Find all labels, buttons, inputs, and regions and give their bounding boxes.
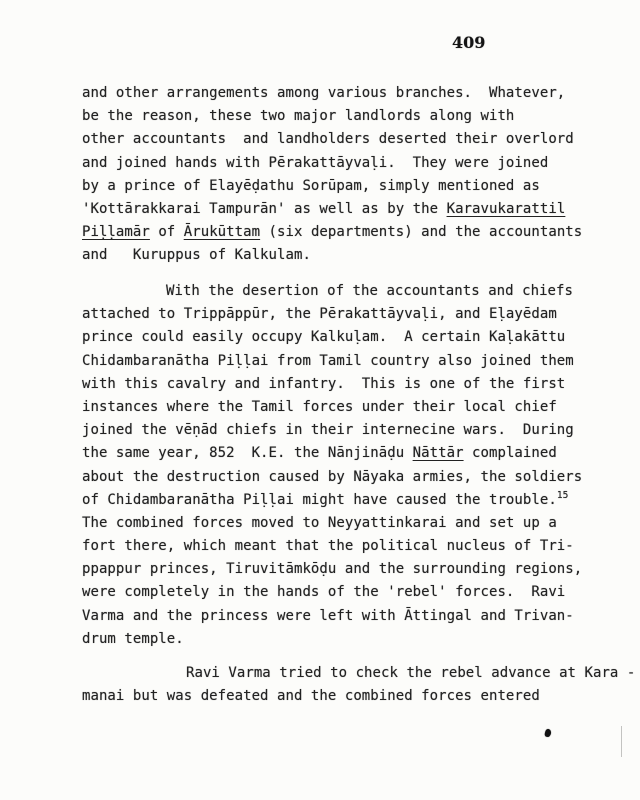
text-line: attached to Trippāppūr, the Pērakattāyva… <box>82 303 582 326</box>
text-line: were completely in the hands of the 'reb… <box>82 581 582 604</box>
text-segment: instances where the Tamil forces under t… <box>82 399 557 415</box>
text-segment: other accountants and landholders desert… <box>82 131 574 147</box>
text-line: 'Kottārakkarai Tampurān' as well as by t… <box>82 198 582 221</box>
text-segment: be the reason, these two major landlords… <box>82 108 514 124</box>
text-segment: Ravi Varma tried to check the rebel adva… <box>186 665 635 681</box>
text-line: joined the vēṇād chiefs in their interne… <box>82 419 582 442</box>
text-line: the same year, 852 K.E. the Nānjināḍu Nā… <box>82 442 582 465</box>
text-segment: of Chidambaranātha Piḷḷai might have cau… <box>82 492 557 508</box>
text-line: With the desertion of the accountants an… <box>82 280 582 303</box>
paragraph: Ravi Varma tried to check the rebel adva… <box>82 662 635 708</box>
text-segment: by a prince of Elayēḍathu Sorūpam, simpl… <box>82 178 540 194</box>
text-line: by a prince of Elayēḍathu Sorūpam, simpl… <box>82 175 582 198</box>
text-line: and other arrangements among various bra… <box>82 82 582 105</box>
text-line: ppappur princes, Tiruvitāmkōḍu and the s… <box>82 558 582 581</box>
text-line: Ravi Varma tried to check the rebel adva… <box>82 662 635 685</box>
text-segment: ppappur princes, Tiruvitāmkōḍu and the s… <box>82 561 582 577</box>
text-line: of Chidambaranātha Piḷḷai might have cau… <box>82 489 582 512</box>
text-segment: (six departments) and the accountants <box>260 224 582 240</box>
text-line: instances where the Tamil forces under t… <box>82 396 582 419</box>
underlined-term: Karavukarattil <box>447 201 566 217</box>
text-line: The combined forces moved to Neyyattinka… <box>82 512 582 535</box>
text-line: fort there, which meant that the politic… <box>82 535 582 558</box>
text-body: and other arrangements among various bra… <box>0 0 640 800</box>
document-page: 409 and other arrangements among various… <box>0 0 640 800</box>
text-segment: Varma and the princess were left with Āt… <box>82 608 574 624</box>
text-segment: prince could easily occupy Kalkuḷam. A c… <box>82 329 565 345</box>
footnote-reference: 15 <box>557 490 569 501</box>
text-line: other accountants and landholders desert… <box>82 128 582 151</box>
text-segment: and Kuruppus of Kalkulam. <box>82 247 311 263</box>
text-segment: of <box>150 224 184 240</box>
text-segment: the same year, 852 K.E. the Nānjināḍu <box>82 445 413 461</box>
text-line: Chidambaranātha Piḷḷai from Tamil countr… <box>82 350 582 373</box>
text-line: manai but was defeated and the combined … <box>82 685 635 708</box>
text-line: drum temple. <box>82 628 582 651</box>
text-segment: attached to Trippāppūr, the Pērakattāyva… <box>82 306 557 322</box>
text-line: be the reason, these two major landlords… <box>82 105 582 128</box>
text-segment: joined the vēṇād chiefs in their interne… <box>82 422 574 438</box>
text-line: Varma and the princess were left with Āt… <box>82 605 582 628</box>
text-segment: about the destruction caused by Nāyaka a… <box>82 469 582 485</box>
scan-edge-artifact <box>621 726 622 757</box>
text-segment: and joined hands with Pērakattāyvaḷi. Th… <box>82 155 548 171</box>
text-line: about the destruction caused by Nāyaka a… <box>82 466 582 489</box>
text-segment: The combined forces moved to Neyyattinka… <box>82 515 557 531</box>
text-segment: with this cavalry and infantry. This is … <box>82 376 565 392</box>
text-segment: With the desertion of the accountants an… <box>166 283 573 299</box>
text-segment: fort there, which meant that the politic… <box>82 538 574 554</box>
text-line: prince could easily occupy Kalkuḷam. A c… <box>82 326 582 349</box>
paragraph: With the desertion of the accountants an… <box>82 280 582 651</box>
underlined-term: Nāttār <box>413 445 464 461</box>
text-line: and joined hands with Pērakattāyvaḷi. Th… <box>82 152 582 175</box>
text-segment: were completely in the hands of the 'reb… <box>82 584 565 600</box>
text-segment: manai but was defeated and the combined … <box>82 688 540 704</box>
underlined-term: Piḷḷamār <box>82 224 150 240</box>
text-line: Piḷḷamār of Ārukūttam (six departments) … <box>82 221 582 244</box>
text-segment: complained <box>464 445 557 461</box>
text-segment: drum temple. <box>82 631 184 647</box>
paragraph: and other arrangements among various bra… <box>82 82 582 268</box>
text-line: and Kuruppus of Kalkulam. <box>82 244 582 267</box>
text-segment: 'Kottārakkarai Tampurān' as well as by t… <box>82 201 447 217</box>
text-line: with this cavalry and infantry. This is … <box>82 373 582 396</box>
text-segment: Chidambaranātha Piḷḷai from Tamil countr… <box>82 353 574 369</box>
text-segment: and other arrangements among various bra… <box>82 85 565 101</box>
underlined-term: Ārukūttam <box>184 224 260 240</box>
